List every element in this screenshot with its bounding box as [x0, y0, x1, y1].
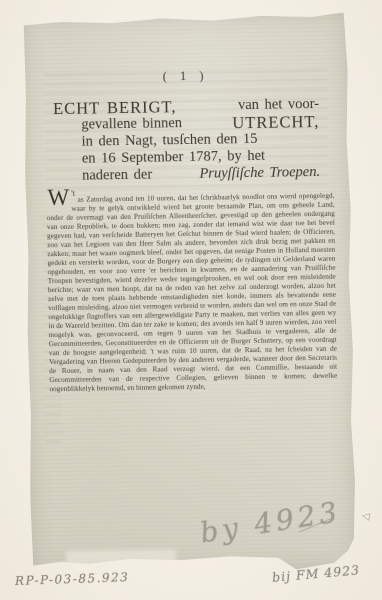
title-echt-berigt: ECHT BERIGT,: [53, 98, 177, 117]
pencil-arrow-mark: ◁: [361, 510, 370, 522]
title-line-5-text: naderen der: [82, 167, 152, 185]
pencil-annotation-small: bij FM 4923: [272, 562, 361, 585]
inventory-number: RP-P-03-85.923: [15, 570, 130, 588]
title-line-2-text: gevallene binnen: [81, 115, 182, 134]
title-utrecht: UTRECHT,: [232, 113, 319, 131]
pencil-annotation-large: by 4923: [198, 495, 343, 550]
title-pruyssische-troepen: Pruyſſiſche Troepen.: [199, 164, 320, 183]
title-line-5: naderen der Pruyſſiſche Troepen.: [54, 164, 320, 185]
document-title: ECHT BERIGT, van het voor- gevallene bin…: [53, 96, 320, 185]
paper-damage-bottom-left: [66, 549, 176, 565]
page-number: ( 1 ): [23, 66, 349, 86]
body-paragraph-text: as Zaturdag avond ten 10 uuren, dat het …: [47, 192, 338, 393]
dropcap-w: W: [46, 189, 71, 207]
paper-sheet: ( 1 ) ECHT BERIGT, van het voor- gevalle…: [22, 10, 357, 575]
lead-apostrophe: 't: [71, 189, 75, 198]
title-line-2: gevallene binnen UTRECHT,: [53, 113, 319, 134]
body-paragraph: 't W as Zaturdag avond ten 10 uuren, dat…: [46, 185, 337, 394]
